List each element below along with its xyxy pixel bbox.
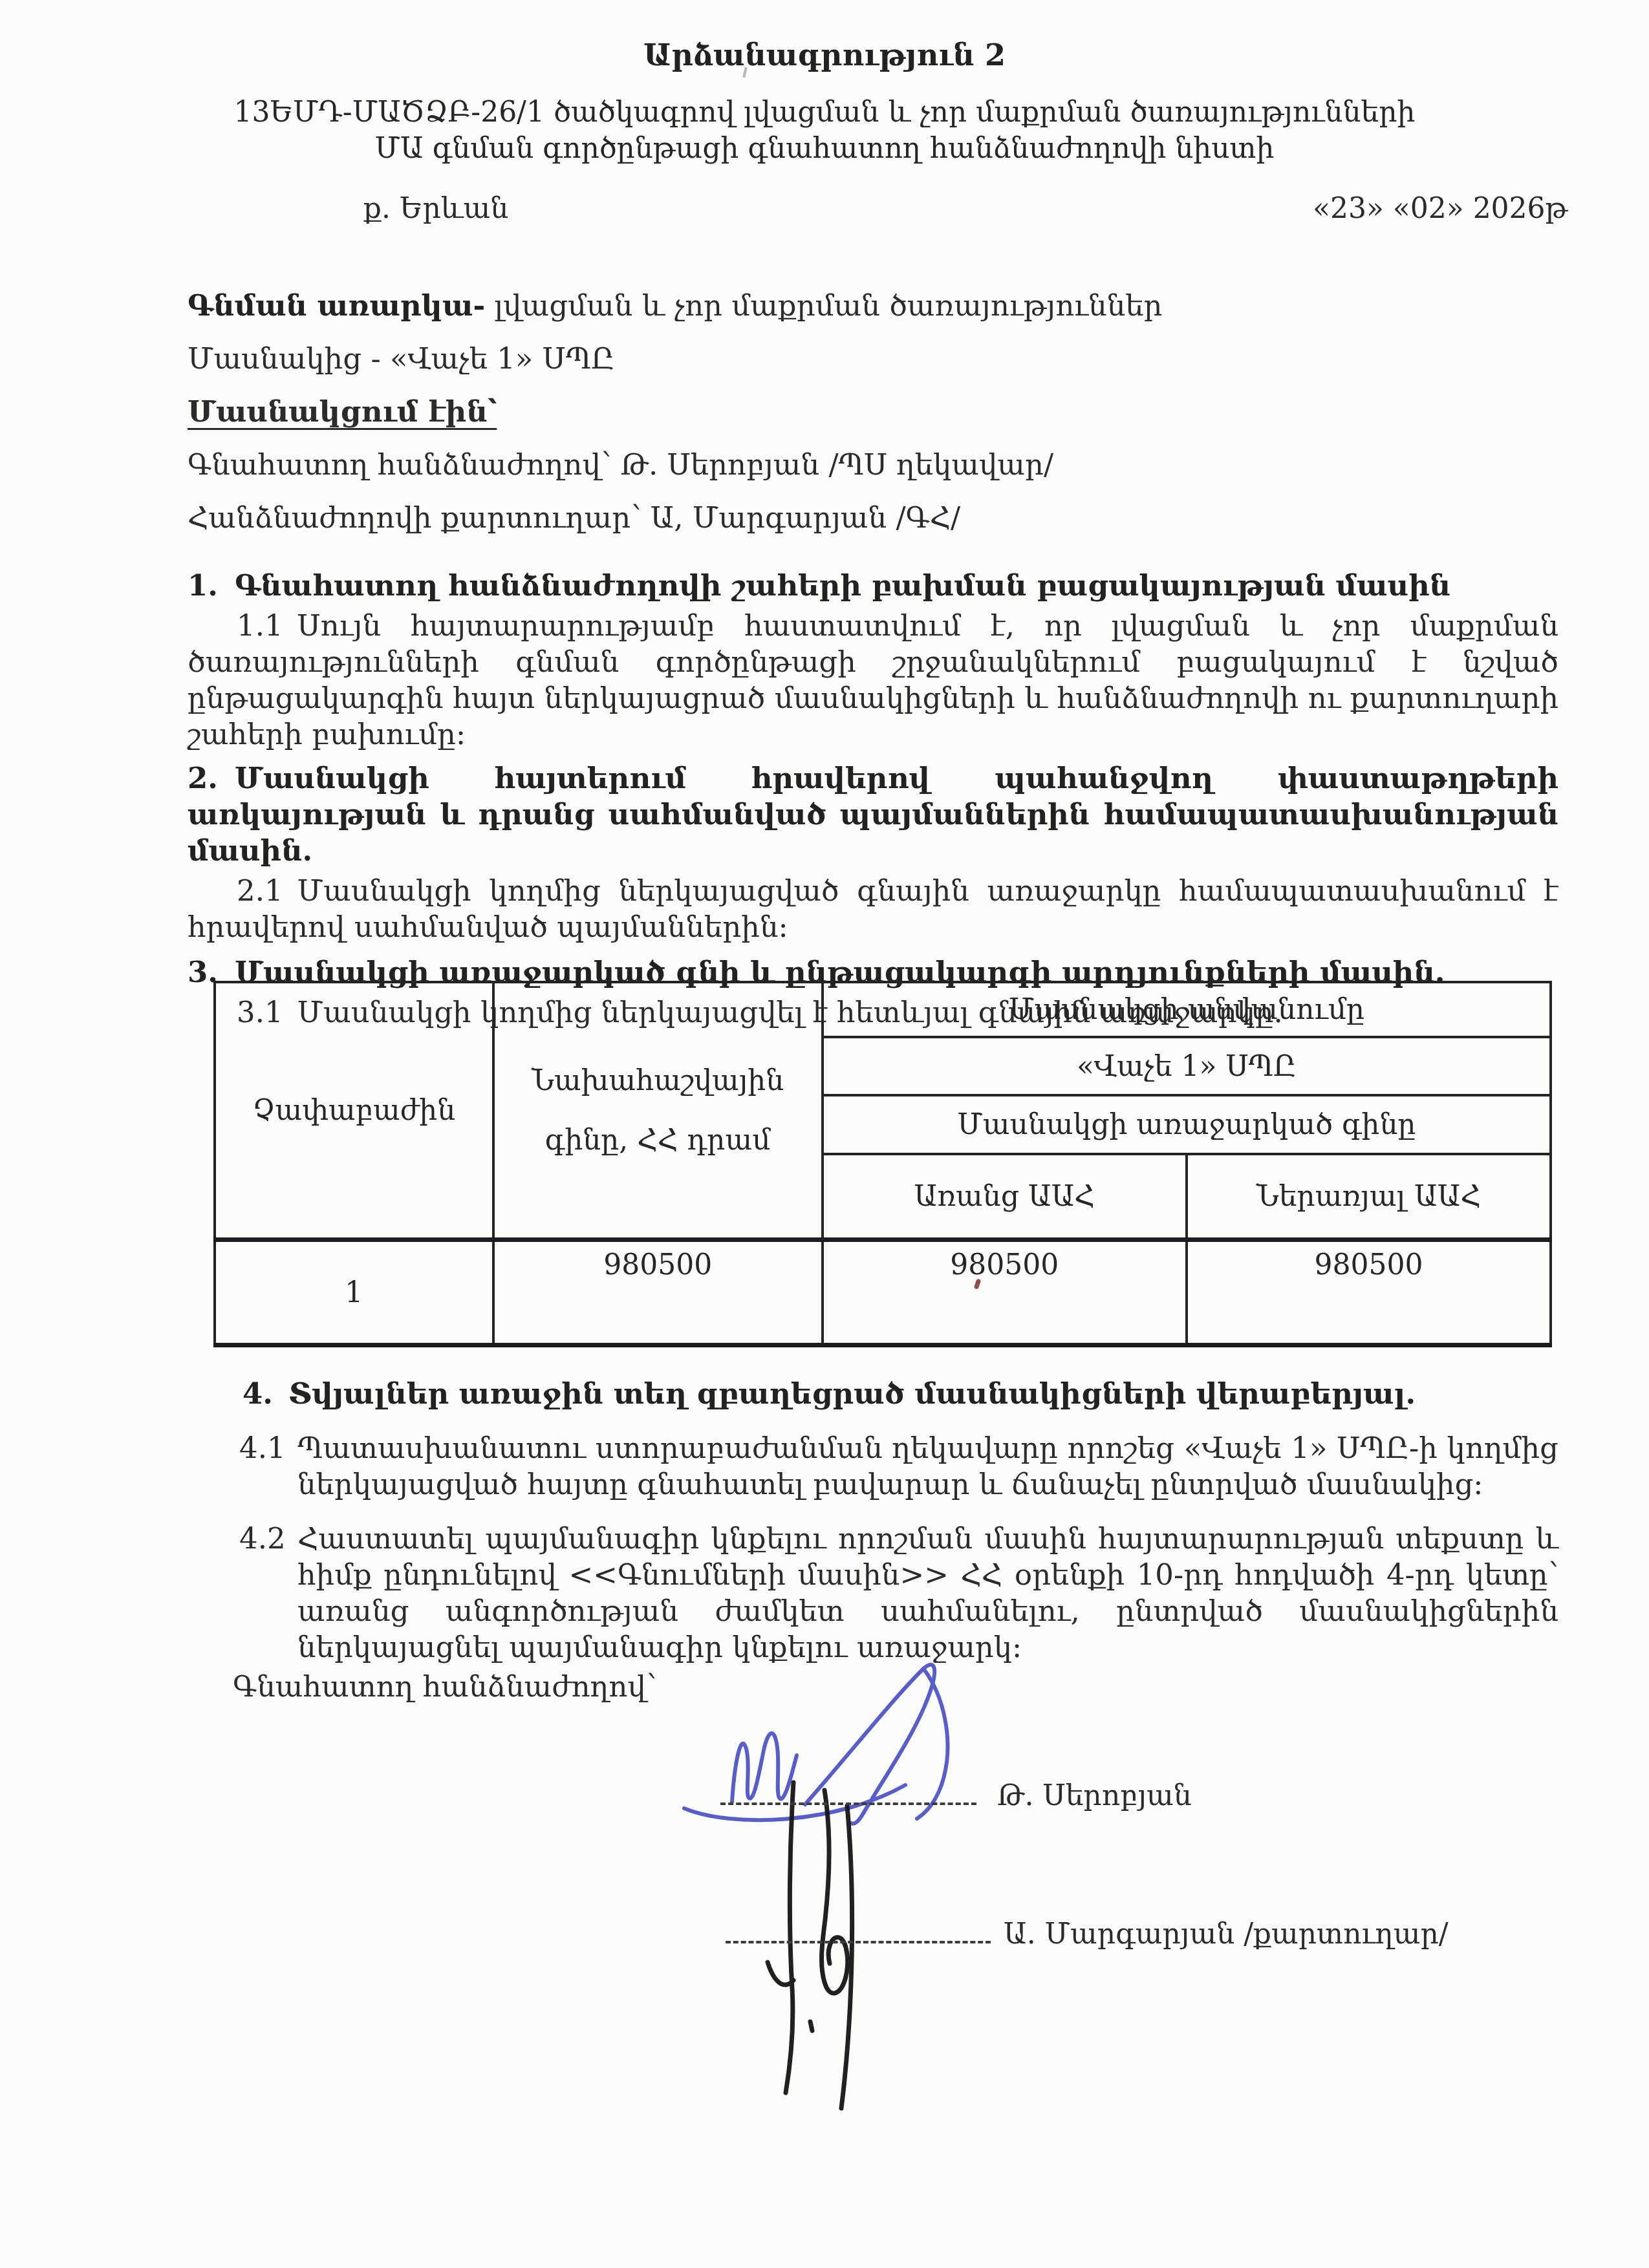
secretary-signature-line: [726, 1941, 991, 1943]
signature-area: Գնահատող հանձնաժողով՝ Թ. Սերոբյան Ա. Մար: [0, 0, 1649, 2268]
chair-signature-line: [720, 1803, 976, 1805]
chair-signature-name: Թ. Սերոբյան: [997, 1779, 1192, 1812]
scanned-protocol-document: Արձանագրություն 2 13ԵՄԴ-ՄԱԾՁԲ-26/1 ծածկա…: [0, 0, 1649, 2268]
secretary-signature-name: Ա. Մարգարյան /քարտուղար/: [1004, 1918, 1449, 1951]
signature-block-heading: Գնահատող հանձնաժողով՝: [233, 1669, 656, 1704]
